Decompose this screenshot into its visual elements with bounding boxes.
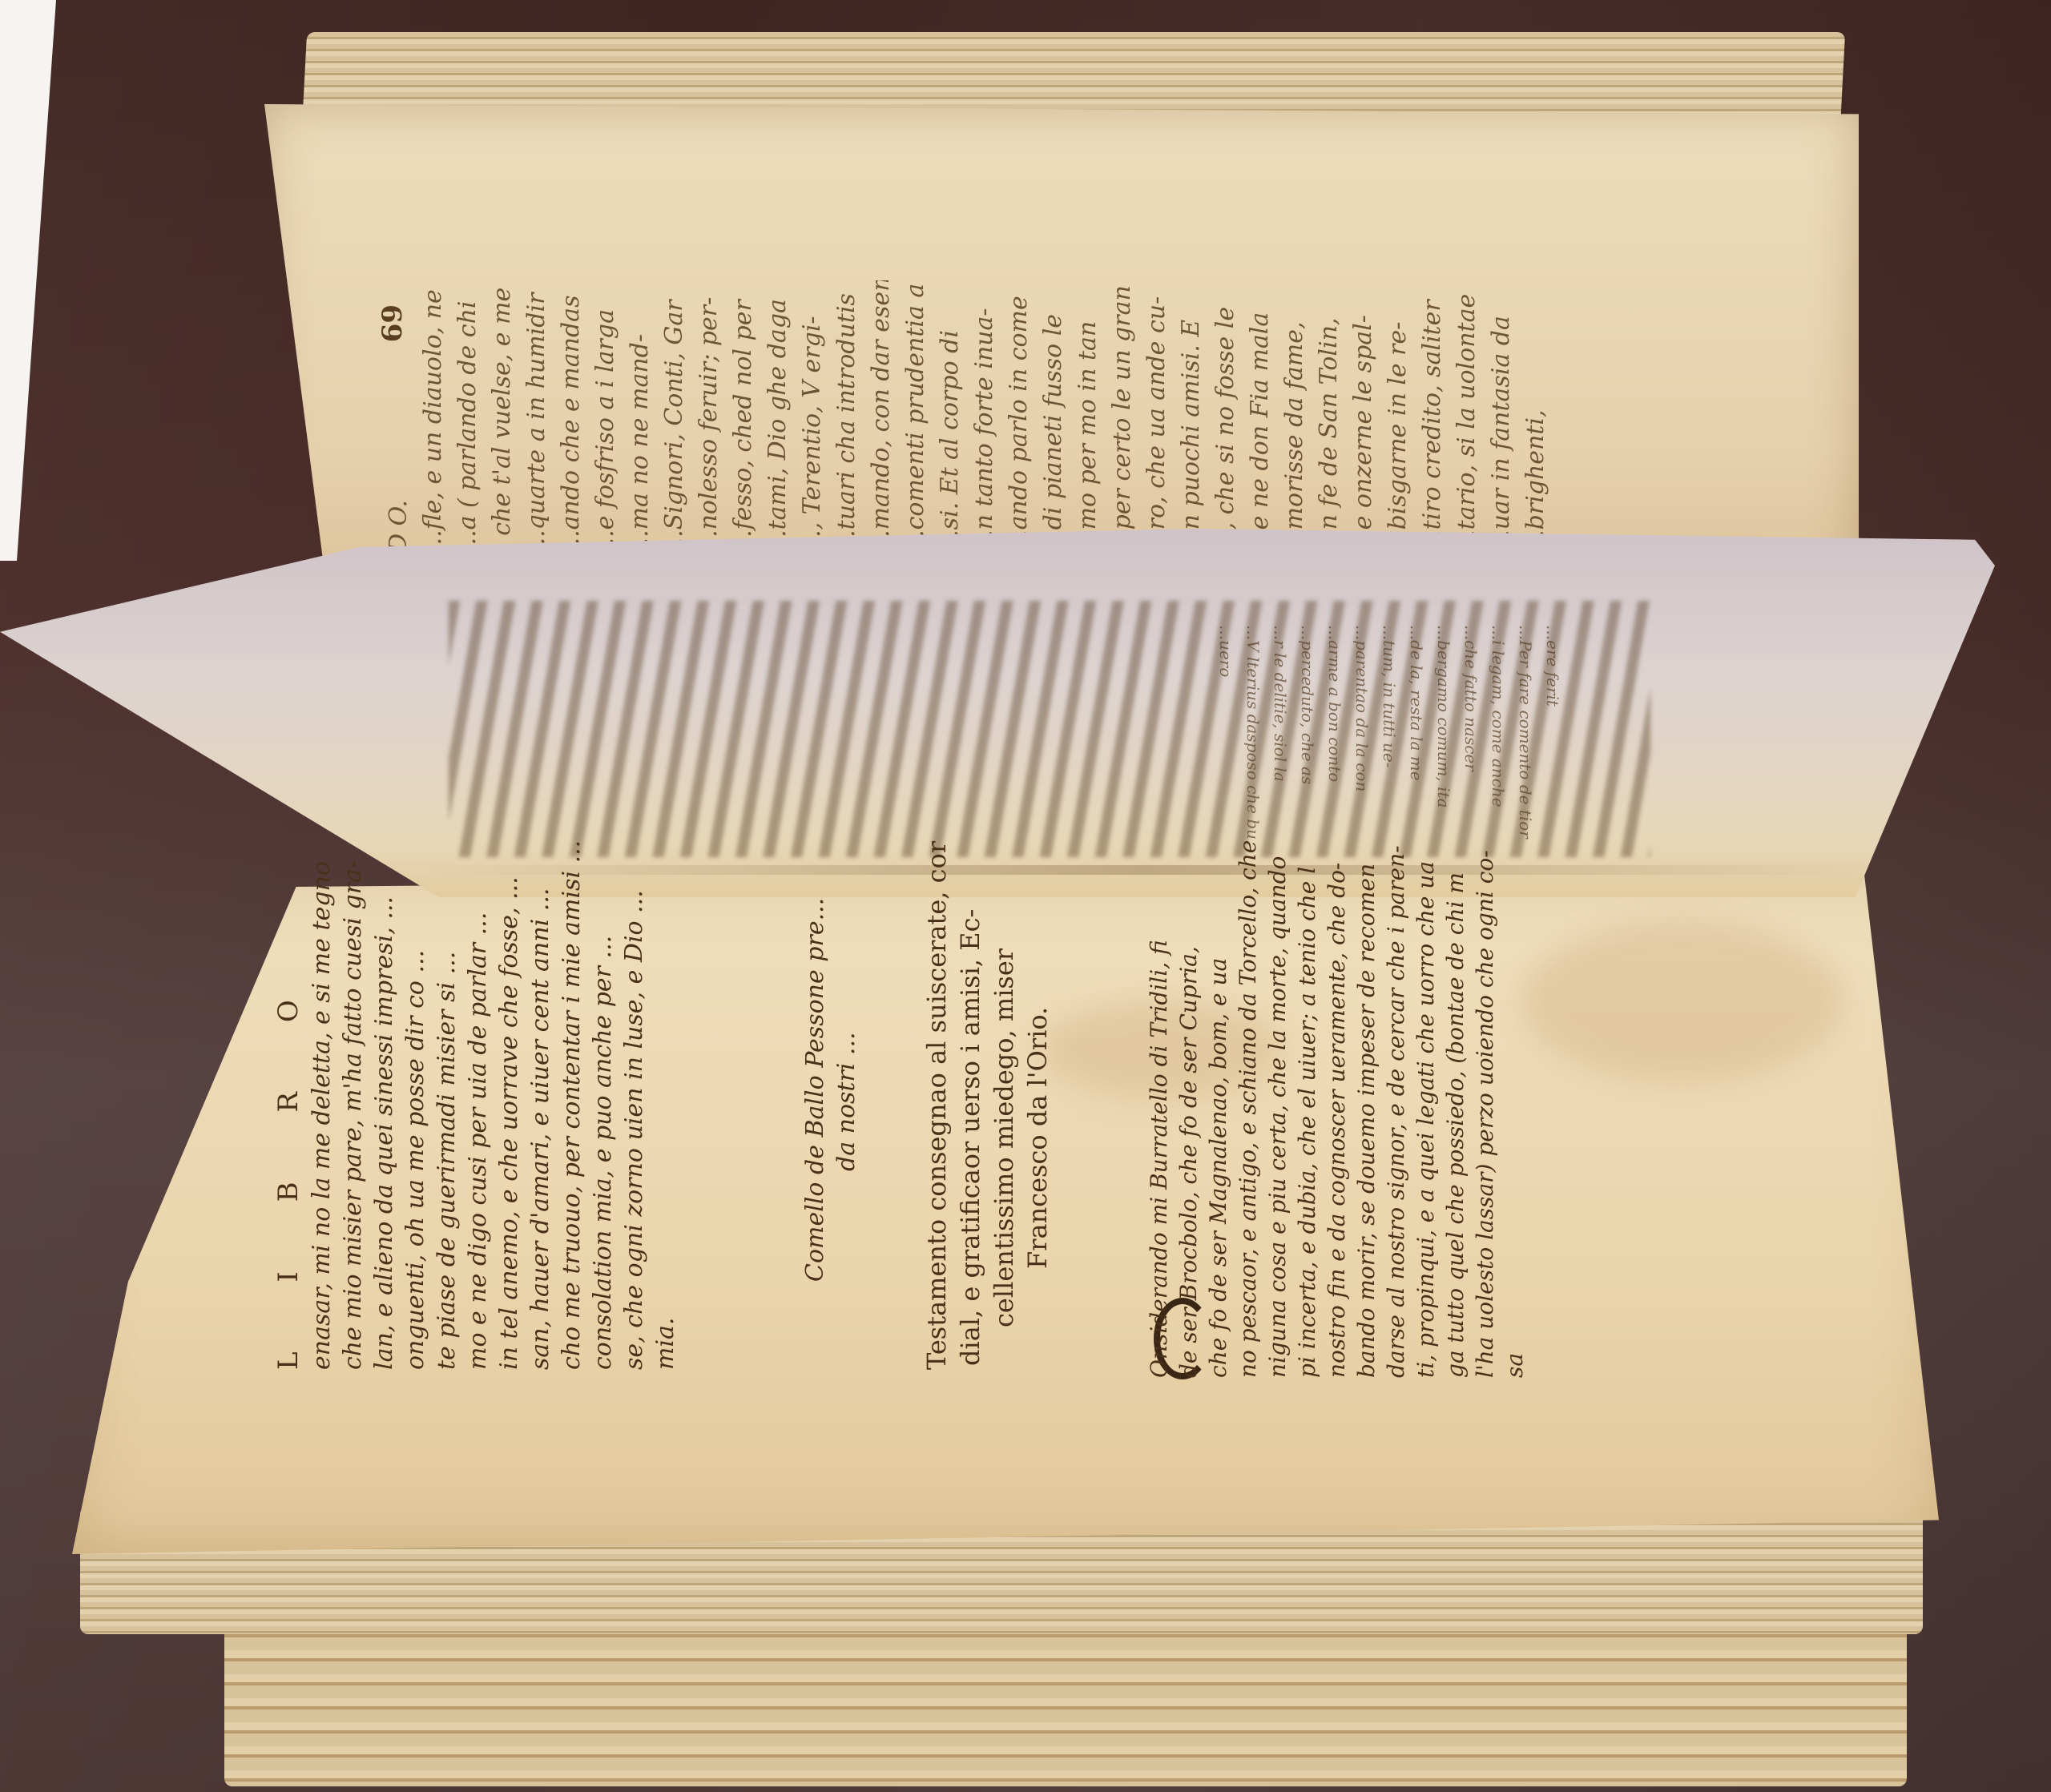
text-line: ...che fatto nascer [1461, 625, 1481, 833]
text-line: ..., Terentio, V ergi- [798, 280, 826, 553]
text-line: ...tum, in tutti ue- [1380, 625, 1399, 833]
text-line: ...brighenti, [1521, 280, 1549, 553]
text-line: ...comenti prudentia a [901, 280, 929, 553]
running-head: L I B R O [272, 921, 304, 1370]
text-line: ...bergamo comum, ita [1434, 625, 1453, 833]
upper-page: 69 D O. ...fle, e un diauolo, ne ...a ( … [264, 104, 1859, 601]
text-line: te piase de guerirmadi misier si ... [433, 921, 461, 1370]
text-line: Onsiderando mi Burratello di Tridili, fi [1146, 913, 1172, 1378]
caption-block: Comello de Ballo Pessone pre... da nostr… [801, 921, 860, 1282]
text-line: de ser Brocbolo, che fo de ser Cupria, [1175, 913, 1202, 1378]
text-line: onguenti, oh ua me posse dir co ... [401, 921, 429, 1370]
text-line: ...fle, e un diauolo, ne [419, 280, 447, 553]
text-line: niguna cosa e piu certa, che la morte, q… [1264, 913, 1291, 1378]
text-line: ..., che si no fosse le [1211, 280, 1239, 553]
book-gutter [425, 865, 1867, 875]
text-line: consolation mia, e puo anche per ... [589, 921, 617, 1370]
text-line: ...quarte a in humidir [522, 280, 550, 553]
text-line: lan, e alieno da quei sinessi impresi, .… [370, 921, 398, 1370]
text-line: ...tuari cha introdutis [832, 280, 860, 553]
text-line: ...a ( parlando de chi [453, 280, 482, 553]
text-line: se, che ogni zorno uien in luse, e Dio .… [620, 921, 648, 1370]
page-edges-base [224, 1626, 1907, 1786]
raised-leaf-text: ...ere ferit ...Per fare comento de tior… [1162, 625, 1562, 833]
text-line: ...e onzerne le spal- [1349, 280, 1377, 553]
text-line: enasar, mi no la me deletta, e si me teg… [308, 921, 336, 1370]
text-line: ...n fe de San Tolin, [1315, 280, 1343, 553]
text-line: in tel anemo, e che uorrave che fosse, .… [495, 921, 523, 1370]
text-line: ...ma no ne mand- [626, 280, 654, 553]
text-line: che mio misier pare, m'ha fatto cuesi gr… [339, 921, 367, 1370]
text-line: san, hauer d'amari, e uiuer cent anni ..… [526, 921, 554, 1370]
text-line: darse al nostro signor, e de cercar che … [1383, 913, 1409, 1378]
text-line: ...per certo le un gran [1108, 280, 1136, 553]
text-line: ...parentao da la con [1352, 625, 1372, 833]
text-line: che fo de ser Magnalenao, bom, e ua [1205, 913, 1231, 1378]
text-line: ...arme a bon conto [1325, 625, 1344, 833]
text-line: ...si. Et al corpo di [936, 280, 964, 553]
text-line: ...ro, che ua ande cu- [1142, 280, 1171, 553]
text-line: ) che t'al vuelse, e me [488, 280, 516, 553]
testament-body: Onsiderando mi Burratello di Tridili, fi… [1146, 913, 1528, 1378]
text-line: ...Per fare comento de tior [1516, 625, 1535, 833]
text-line: bando morir, se douemo impeser de recome… [1353, 913, 1380, 1378]
text-line: ...ando che e mandas [557, 280, 585, 553]
text-line: ...e fosfriso a i larga [591, 280, 619, 553]
text-line: ...n puochi amisi. E [1177, 280, 1205, 553]
text-line: ...mando, con dar esem- [867, 280, 895, 553]
title-line: Testamento consegnao al suiscerate, cor [921, 905, 952, 1370]
text-line: cho me truouo, per contentar i mie amisi… [558, 921, 586, 1370]
title-line: dial, e gratificaor uerso i amisi, Ec- [955, 905, 985, 1370]
text-line: mia. [651, 921, 679, 1370]
text-line: ...fesso, ched nol per [729, 280, 757, 553]
text-line: ...tario, si la uolontae [1453, 280, 1481, 553]
text-line: ...ere ferit [1543, 625, 1562, 833]
text-line: sa [1501, 913, 1528, 1378]
text-line: ti, propinqui, e a quei legati che uorro… [1412, 913, 1439, 1378]
caption-line: da nostri ... [832, 921, 860, 1282]
text-line: pi incerta, e dubia, che el uiuer; a ten… [1294, 913, 1320, 1378]
text-line: ...i legam, come anche [1489, 625, 1508, 833]
testament-title: Testamento consegnao al suiscerate, cor … [921, 905, 1053, 1370]
text-line: mo e ne digo cusi per uia de parlar ... [464, 921, 492, 1370]
caption-line: Comello de Ballo Pessone pre... [801, 921, 829, 1282]
text-line: ...bisgarne in le re- [1384, 280, 1412, 553]
running-head: D O. [385, 280, 413, 553]
text-line: ...nolesso feruir; per- [695, 280, 723, 553]
text-line: ...r le delitie, siol la [1271, 625, 1290, 833]
text-line: ...V lterius dasposo che bu [1243, 625, 1263, 833]
text-line: ga tutto quel che possiedo, (bontae de c… [1442, 913, 1469, 1378]
text-line: ...n tanto forte inua- [970, 280, 998, 553]
text-line: ...uero [1216, 625, 1235, 833]
text-line: ...mo per mo in tan [1074, 280, 1102, 553]
text-line: ...uar in fantasia da [1487, 280, 1515, 553]
text-line: ...tiro credito, saliter [1418, 280, 1446, 553]
water-stain [1522, 921, 1843, 1081]
text-line: no pescaor, e antigo, e schiano da Torce… [1235, 913, 1261, 1378]
libro-text-block: L I B R O enasar, mi no la me deletta, e… [272, 921, 679, 1370]
text-line: ...perceduto, che as [1298, 625, 1317, 833]
title-line: cellentissimo miedego, miser [989, 905, 1019, 1370]
text-line: ...tami, Dio ghe daga [764, 280, 792, 553]
text-line: ...e ne don Fia mala [1246, 280, 1274, 553]
title-line: Francesco da l'Orio. [1022, 905, 1053, 1370]
text-line: ...de la, resta la me [1407, 625, 1426, 833]
text-line: nostro fin e da cognoscer ueramente, che… [1324, 913, 1350, 1378]
text-line: ...morisse da fame, [1280, 280, 1308, 553]
text-line: ...di pianeti fusso le [1039, 280, 1067, 553]
text-line: ...ando parlo in come [1005, 280, 1033, 553]
text-line: l'ha uolesto lassar) perzo uoiendo che o… [1472, 913, 1498, 1378]
text-line: ...Signori, Conti, Gar [660, 280, 688, 553]
upper-page-text: D O. ...fle, e un diauolo, ne ...a ( par… [385, 280, 1666, 553]
